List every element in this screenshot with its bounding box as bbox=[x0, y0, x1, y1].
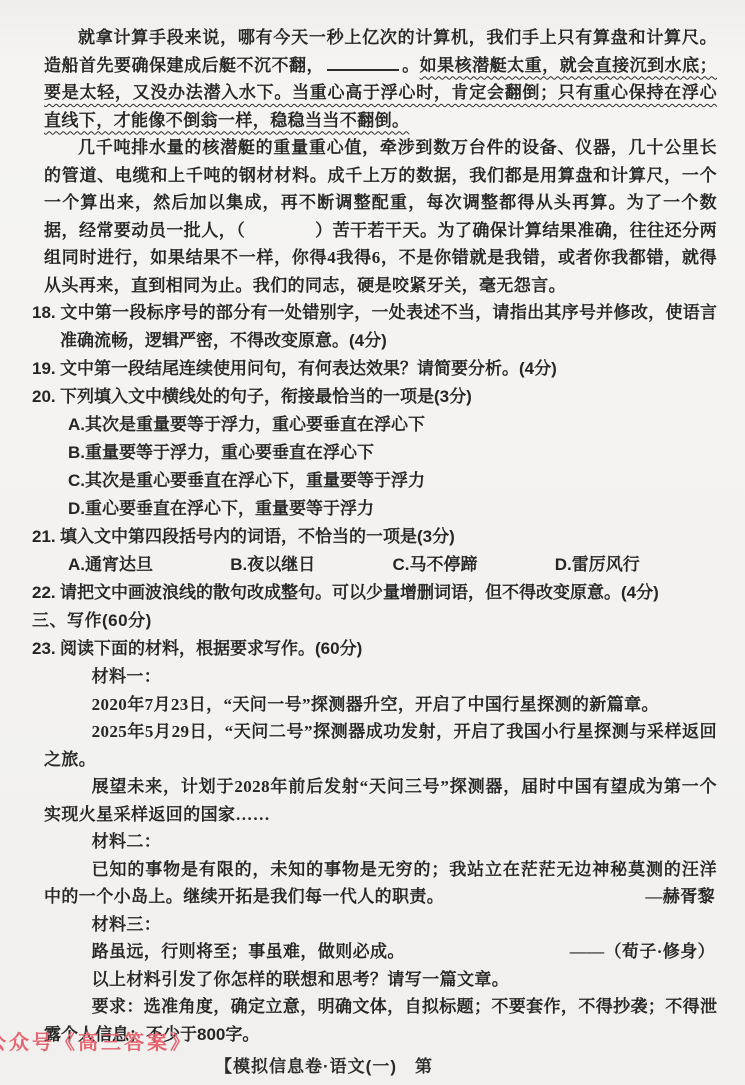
question-22-text: 请把文中画波浪线的散句改成整句。可以少量增删词语，但不得改变原意。(4分) bbox=[60, 583, 659, 602]
question-21-option-b: B.夜以继日 bbox=[230, 551, 392, 579]
exam-page: 就拿计算手段来说，哪有今天一秒上亿次的计算机，我们手上只有算盘和计算尺。造船首先… bbox=[0, 0, 745, 1085]
material-3-label: 材料三： bbox=[44, 911, 717, 939]
question-22-number: 22. bbox=[32, 579, 60, 607]
essay-passage: 就拿计算手段来说，哪有今天一秒上亿次的计算机，我们手上只有算盘和计算尺。造船首先… bbox=[44, 24, 717, 299]
material-1-paragraph-3: 展望未来，计划于2028年前后发射“天问三号”探测器，届时中国有望成为第一个实现… bbox=[44, 773, 717, 828]
question-21-option-d: D.雷厉风行 bbox=[555, 551, 717, 579]
question-21-option-c: C.马不停蹄 bbox=[393, 551, 555, 579]
question-20: 20.下列填入文中横线处的句子，衔接最恰当的一项是(3分) bbox=[32, 383, 717, 411]
essay-paragraph-2: 几千吨排水量的核潜艇的重量重心值，牵涉到数万台件的设备、仪器，几十公里长的管道、… bbox=[44, 134, 717, 299]
question-block: 18.文中第一段标序号的部分有一处错别字，一处表述不当，请指出其序号并修改，使语… bbox=[32, 299, 717, 607]
essay-p1-period: 。 bbox=[402, 56, 420, 75]
answer-blank-line bbox=[327, 56, 399, 71]
material-3-attribution: ——（荀子·修身） bbox=[570, 938, 715, 966]
page-footer: 【模拟信息卷·语文(一) 第 bbox=[215, 1052, 433, 1077]
question-20-text: 下列填入文中横线处的句子，衔接最恰当的一项是(3分) bbox=[60, 387, 472, 406]
writing-prompt: 以上材料引发了你怎样的联想和思考？请写一篇文章。 bbox=[44, 966, 717, 994]
question-21-number: 21. bbox=[32, 523, 60, 551]
material-2-attribution: —赫胥黎 bbox=[645, 883, 715, 911]
section-writing-title: 三、写作(60分) bbox=[32, 607, 717, 635]
material-1-paragraph-1: 2020年7月23日，“天问一号”探测器升空，开启了中国行星探测的新篇章。 bbox=[44, 691, 717, 719]
material-1-paragraph-2: 2025年5月29日，“天问二号”探测器成功发射，开启了我国小行星探测与采样返回… bbox=[44, 718, 717, 773]
material-1-label: 材料一： bbox=[44, 663, 717, 691]
question-21-options: A.通宵达旦 B.夜以继日 C.马不停蹄 D.雷厉风行 bbox=[68, 551, 717, 579]
question-23-text: 阅读下面的材料，根据要求写作。(60分) bbox=[60, 639, 362, 658]
question-19-text: 文中第一段结尾连续使用问句，有何表达效果？请简要分析。(4分) bbox=[60, 359, 557, 378]
question-18-number: 18. bbox=[32, 299, 60, 327]
question-23-number: 23. bbox=[32, 635, 60, 663]
material-2-text: 已知的事物是有限的，未知的事物是无穷的；我站立在茫茫无边神秘莫测的汪洋中的一个小… bbox=[44, 856, 717, 911]
question-21-option-a: A.通宵达旦 bbox=[68, 551, 230, 579]
question-19: 19.文中第一段结尾连续使用问句，有何表达效果？请简要分析。(4分) bbox=[32, 355, 717, 383]
question-21-text: 填入文中第四段括号内的词语，不恰当的一项是(3分) bbox=[60, 527, 455, 546]
question-20-option-a: A.其次是重量要等于浮力，重心要垂直在浮心下 bbox=[68, 411, 717, 439]
question-19-number: 19. bbox=[32, 355, 60, 383]
question-18: 18.文中第一段标序号的部分有一处错别字，一处表述不当，请指出其序号并修改，使语… bbox=[32, 299, 717, 355]
question-23: 23.阅读下面的材料，根据要求写作。(60分) bbox=[32, 635, 717, 663]
material-2: 材料二： 已知的事物是有限的，未知的事物是无穷的；我站立在茫茫无边神秘莫测的汪洋… bbox=[44, 828, 717, 911]
question-20-option-d: D.重心要垂直在浮心下，重量要等于浮力 bbox=[68, 495, 717, 523]
writing-materials: 材料一： 2020年7月23日，“天问一号”探测器升空，开启了中国行星探测的新篇… bbox=[44, 663, 717, 1049]
material-2-label: 材料二： bbox=[44, 828, 717, 856]
question-22: 22.请把文中画波浪线的散句改成整句。可以少量增删词语，但不得改变原意。(4分) bbox=[32, 579, 717, 607]
essay-paragraph-1: 就拿计算手段来说，哪有今天一秒上亿次的计算机，我们手上只有算盘和计算尺。造船首先… bbox=[44, 24, 717, 134]
question-20-option-b: B.重量要等于浮力，重心要垂直在浮心下 bbox=[68, 439, 717, 467]
material-1: 材料一： 2020年7月23日，“天问一号”探测器升空，开启了中国行星探测的新篇… bbox=[44, 663, 717, 828]
question-20-number: 20. bbox=[32, 383, 60, 411]
question-18-text: 文中第一段标序号的部分有一处错别字，一处表述不当，请指出其序号并修改，使语言准确… bbox=[60, 303, 717, 350]
material-3: 材料三： 路虽远，行则将至；事虽难，做则必成。 ——（荀子·修身） bbox=[44, 911, 717, 966]
answer-seller-watermark: 公众号《高三答案》 bbox=[0, 1026, 193, 1055]
question-20-option-c: C.其次是重心要垂直在浮心下，重量要等于浮力 bbox=[68, 467, 717, 495]
question-21: 21.填入文中第四段括号内的词语，不恰当的一项是(3分) bbox=[32, 523, 717, 551]
